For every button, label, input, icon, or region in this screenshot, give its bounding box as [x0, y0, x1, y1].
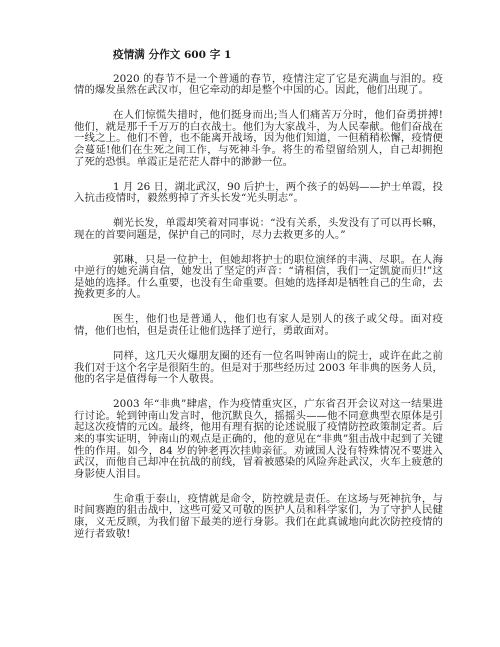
paragraph-3: 1 月 26 日，湖北武汉，90 后护士，两个孩子的妈妈——护士单霞，投入抗击疫… — [74, 182, 443, 205]
paragraph-5: 郭琳，只是一位护士，但她却将护士的职位演绎的丰满、尽职。在人海中逆行的她充满自信… — [74, 255, 443, 301]
paragraph-1: 2020 的春节不是一个普通的春节，疫情注定了它是充满血与泪的。疫情的爆发虽然在… — [74, 74, 443, 97]
paragraph-9: 生命重于泰山，疫情就是命令，防控就是责任。在这场与死神抗争，与时间赛跑的狙击战中… — [74, 494, 443, 540]
paragraph-6: 医生，他们也是普通人，他们也有家人是别人的孩子或父母。面对疫情，他们也怕，但是责… — [74, 314, 443, 337]
paragraph-4: 剃光长发，单霞却笑着对同事说：“没有关系，头发没有了可以再长嘛，现在的首要问题是… — [74, 218, 443, 241]
document-title: 疫情满 分作文 600 字 1 — [113, 50, 443, 62]
paragraph-2: 在人们惊慌失措时，他们挺身而出;当人们痛苦万分时，他们奋勇拼搏!他们，就是那千千… — [74, 110, 443, 168]
document-page: 疫情满 分作文 600 字 1 2020 的春节不是一个普通的春节，疫情注定了它… — [74, 50, 443, 540]
paragraph-8: 2003 年“非典”肆虐，作为疫情重灾区，广东省召开会议对这一结果进行讨论。轮到… — [74, 399, 443, 480]
paragraph-7: 同样，这几天火爆朋友圈的还有一位名叫钟南山的院士，或许在此之前我们对于这个名字是… — [74, 351, 443, 386]
